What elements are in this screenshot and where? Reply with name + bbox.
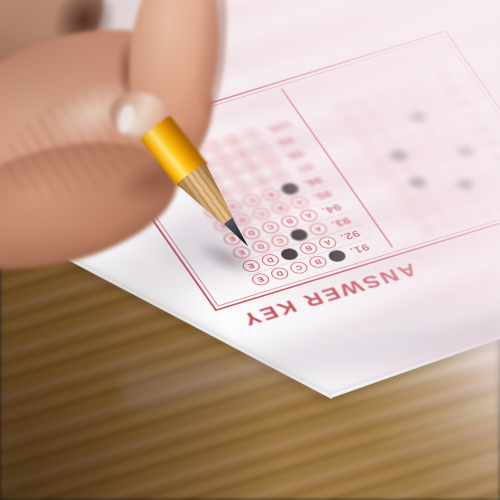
hand <box>0 0 500 500</box>
thumb-edge-shade <box>192 0 230 116</box>
photo-canvas: ANSWER KEY 81.ABCDE82.ABCDE83.ABCDE84.AB… <box>0 0 500 500</box>
